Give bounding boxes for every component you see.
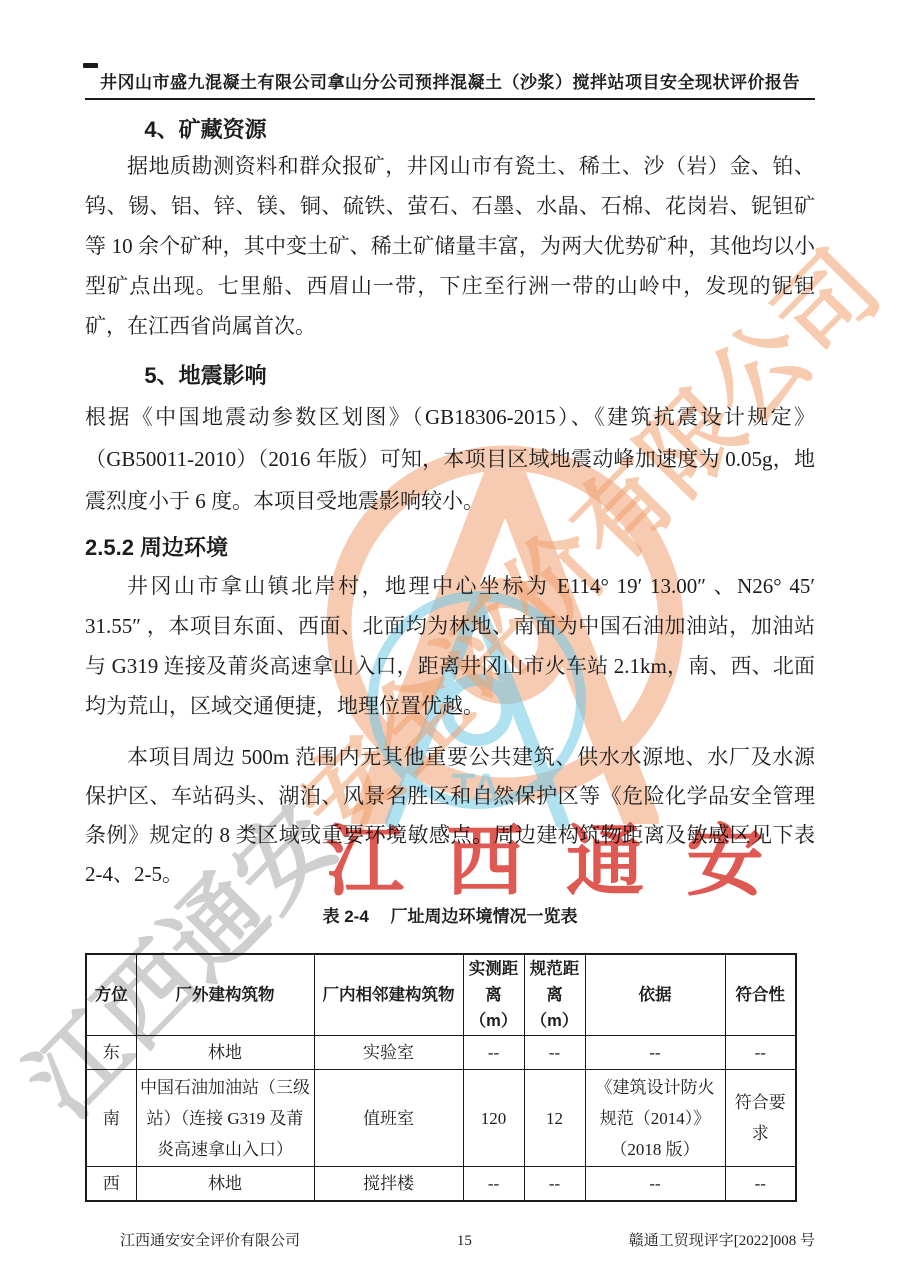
cell-direction: 南 — [86, 1070, 136, 1167]
table-row-south: 南 中国石油加油站（三级站）（连接 G319 及莆炎高速拿山入口） 值班室 12… — [86, 1070, 796, 1167]
table-caption: 表 2-4 厂址周边环境情况一览表 — [85, 902, 815, 927]
paragraph-earthquake-impact: 根据《中国地震动参数区划图》（GB18306-2015）、《建筑抗震设计规定》（… — [85, 396, 815, 522]
col-header-measured-distance: 实测距离（m） — [463, 954, 524, 1036]
section-heading-surrounding-environment: 2.5.2 周边环境 — [85, 531, 815, 562]
cell-adjacent: 值班室 — [314, 1070, 463, 1167]
cell-direction: 西 — [86, 1167, 136, 1202]
cell-adjacent: 搅拌楼 — [314, 1167, 463, 1202]
col-header-adjacent-structures: 厂内相邻建构筑物 — [314, 954, 463, 1036]
cell-direction: 东 — [86, 1036, 136, 1070]
section-heading-mineral-resources: 4、矿藏资源 — [85, 113, 815, 144]
cell-basis: 《建筑设计防火规范（2014）》（2018 版） — [585, 1070, 725, 1167]
cell-standard: -- — [524, 1167, 585, 1202]
col-header-compliance: 符合性 — [725, 954, 796, 1036]
document-page: TA 江西通安安全评价有限公司 江西通安 井冈山市盛九混凝土有限公司拿山分公司预… — [0, 0, 900, 1274]
paragraph-mineral-resources: 据地质勘测资料和群众报矿，井冈山市有瓷土、稀土、沙（岩）金、铂、钨、锡、铝、锌、… — [85, 146, 815, 346]
page-footer: 江西通安安全评价有限公司 15 赣通工贸现评字[2022]008 号 — [85, 1229, 815, 1250]
page-header-title: 井冈山市盛九混凝土有限公司拿山分公司预拌混凝土（沙浆）搅拌站项目安全现状评价报告 — [85, 68, 815, 100]
surrounding-environment-table: 方位 厂外建构筑物 厂内相邻建构筑物 实测距离（m） 规范距离（m） 依据 符合… — [85, 953, 797, 1202]
cell-compliance: -- — [725, 1036, 796, 1070]
section-heading-earthquake-impact: 5、地震影响 — [85, 359, 815, 390]
col-header-standard-distance: 规范距离（m） — [524, 954, 585, 1036]
cell-compliance: -- — [725, 1167, 796, 1202]
col-header-basis: 依据 — [585, 954, 725, 1036]
cell-basis: -- — [585, 1036, 725, 1070]
paragraph-surroundings-500m: 本项目周边 500m 范围内无其他重要公共建筑、供水水源地、水厂及水源保护区、车… — [85, 738, 815, 894]
cell-standard: 12 — [524, 1070, 585, 1167]
footer-page-number: 15 — [300, 1233, 629, 1250]
table-row-east: 东 林地 实验室 -- -- -- -- — [86, 1036, 796, 1070]
footer-company-name: 江西通安安全评价有限公司 — [85, 1229, 300, 1250]
cell-outside: 林地 — [136, 1167, 314, 1202]
table-header-row: 方位 厂外建构筑物 厂内相邻建构筑物 实测距离（m） 规范距离（m） 依据 符合… — [86, 954, 796, 1036]
cell-measured: -- — [463, 1036, 524, 1070]
cell-measured: -- — [463, 1167, 524, 1202]
document-content: 井冈山市盛九混凝土有限公司拿山分公司预拌混凝土（沙浆）搅拌站项目安全现状评价报告… — [0, 0, 900, 1274]
col-header-outside-structures: 厂外建构筑物 — [136, 954, 314, 1036]
cell-compliance: 符合要求 — [725, 1070, 796, 1167]
cell-measured: 120 — [463, 1070, 524, 1167]
cell-adjacent: 实验室 — [314, 1036, 463, 1070]
cell-standard: -- — [524, 1036, 585, 1070]
cell-outside: 林地 — [136, 1036, 314, 1070]
cell-outside: 中国石油加油站（三级站）（连接 G319 及莆炎高速拿山入口） — [136, 1070, 314, 1167]
col-header-direction: 方位 — [86, 954, 136, 1036]
paragraph-surroundings-location: 井冈山市拿山镇北岸村，地理中心坐标为 E114° 19′ 13.00″ 、N26… — [85, 566, 815, 726]
footer-document-number: 赣通工贸现评字[2022]008 号 — [629, 1229, 815, 1250]
cell-basis: -- — [585, 1167, 725, 1202]
table-row-west: 西 林地 搅拌楼 -- -- -- -- — [86, 1167, 796, 1202]
